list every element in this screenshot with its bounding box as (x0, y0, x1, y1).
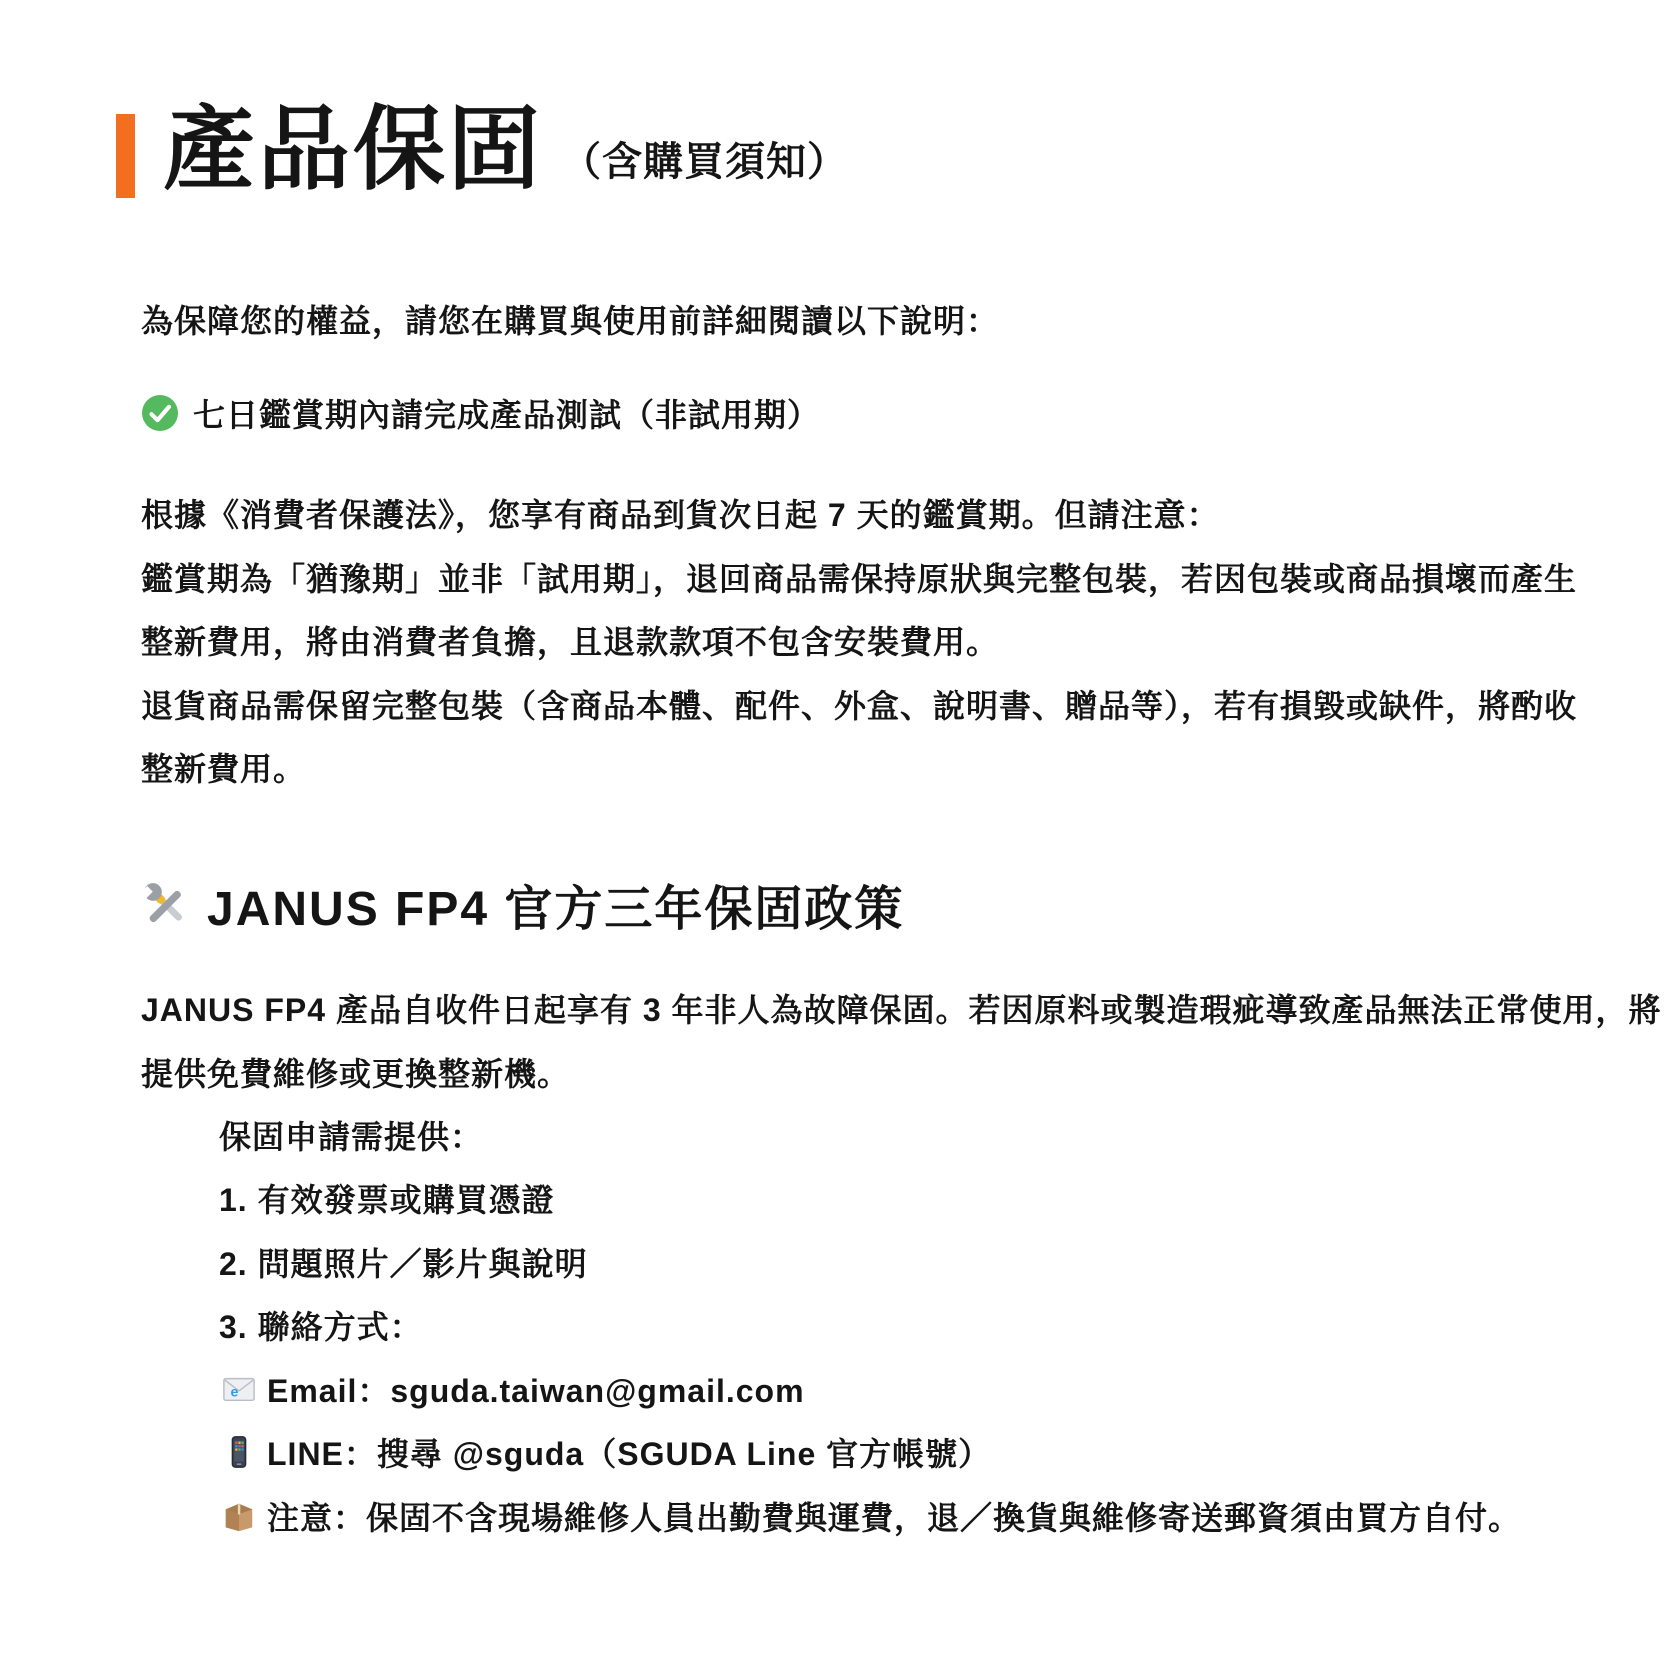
email-icon: e (219, 1372, 259, 1406)
check-circle-icon (141, 394, 179, 432)
warranty-section-heading-row: JANUS FP4 官方三年保固政策 (141, 870, 904, 939)
title-accent-bar (116, 114, 135, 198)
warranty-section-heading: JANUS FP4 官方三年保固政策 (207, 870, 904, 939)
hammer-wrench-icon (141, 880, 191, 930)
warranty-document-page: 產品保固 （含購買須知） 為保障您的權益，請您在購買與使用前詳細閱讀以下說明： … (0, 0, 1667, 1667)
requirement-item: 1. 有效發票或購買憑證 (219, 1167, 1521, 1231)
requirement-item: 2. 問題照片／影片與說明 (219, 1230, 1521, 1294)
warranty-note-row: 注意：保固不含現場維修人員出勤費與運費，退／換貨與維修寄送郵資須由買方自付。 (219, 1484, 1521, 1548)
contact-line-row: LINE：搜尋 @sguda（SGUDA Line 官方帳號） (219, 1421, 1521, 1485)
contact-email-label: Email：sguda.taiwan@gmail.com (267, 1366, 805, 1412)
trial-section-heading: 七日鑑賞期內請完成產品測試（非試用期） (193, 390, 820, 436)
page-title-row: 產品保固 （含購買須知） (116, 100, 848, 201)
paragraph-line: 退貨商品需保留完整包裝（含商品本體、配件、外盒、說明書、贈品等），若有損毀或缺件… (141, 675, 1577, 739)
paragraph-line: JANUS FP4 產品自收件日起享有 3 年非人為故障保固。若因原料或製造瑕疵… (141, 979, 1662, 1043)
paragraph-line: 整新費用，將由消費者負擔，且退款款項不包含安裝費用。 (141, 611, 1577, 675)
warranty-note-label: 注意：保固不含現場維修人員出勤費與運費，退／換貨與維修寄送郵資須由買方自付。 (267, 1493, 1521, 1539)
paragraph-line: 整新費用。 (141, 738, 1577, 802)
paragraph-line: 根據《消費者保護法》，您享有商品到貨次日起 7 天的鑑賞期。但請注意： (141, 484, 1577, 548)
paragraph-line: 提供免費維修或更換整新機。 (141, 1043, 1662, 1107)
contact-email-row: e Email：sguda.taiwan@gmail.com (219, 1357, 1521, 1421)
contact-line-label: LINE：搜尋 @sguda（SGUDA Line 官方帳號） (267, 1429, 991, 1475)
requirements-intro: 保固申請需提供： (219, 1103, 1521, 1167)
page-subtitle: （含購買須知） (561, 130, 848, 201)
mobile-phone-icon (219, 1435, 259, 1469)
warranty-requirements-list: 保固申請需提供： 1. 有效發票或購買憑證 2. 問題照片／影片與說明 3. 聯… (219, 1103, 1521, 1548)
requirement-item: 3. 聯絡方式： (219, 1294, 1521, 1358)
svg-text:e: e (231, 1384, 240, 1400)
intro-text: 為保障您的權益，請您在購買與使用前詳細閱讀以下說明： (141, 296, 999, 342)
warranty-section-paragraph: JANUS FP4 產品自收件日起享有 3 年非人為故障保固。若因原料或製造瑕疵… (141, 979, 1662, 1106)
package-icon (219, 1499, 259, 1533)
trial-section-paragraph: 根據《消費者保護法》，您享有商品到貨次日起 7 天的鑑賞期。但請注意： 鑑賞期為… (141, 484, 1577, 802)
page-title: 產品保固 (163, 100, 543, 201)
paragraph-line: 鑑賞期為「猶豫期」並非「試用期」，退回商品需保持原狀與完整包裝，若因包裝或商品損… (141, 548, 1577, 612)
trial-section-heading-row: 七日鑑賞期內請完成產品測試（非試用期） (141, 390, 820, 436)
